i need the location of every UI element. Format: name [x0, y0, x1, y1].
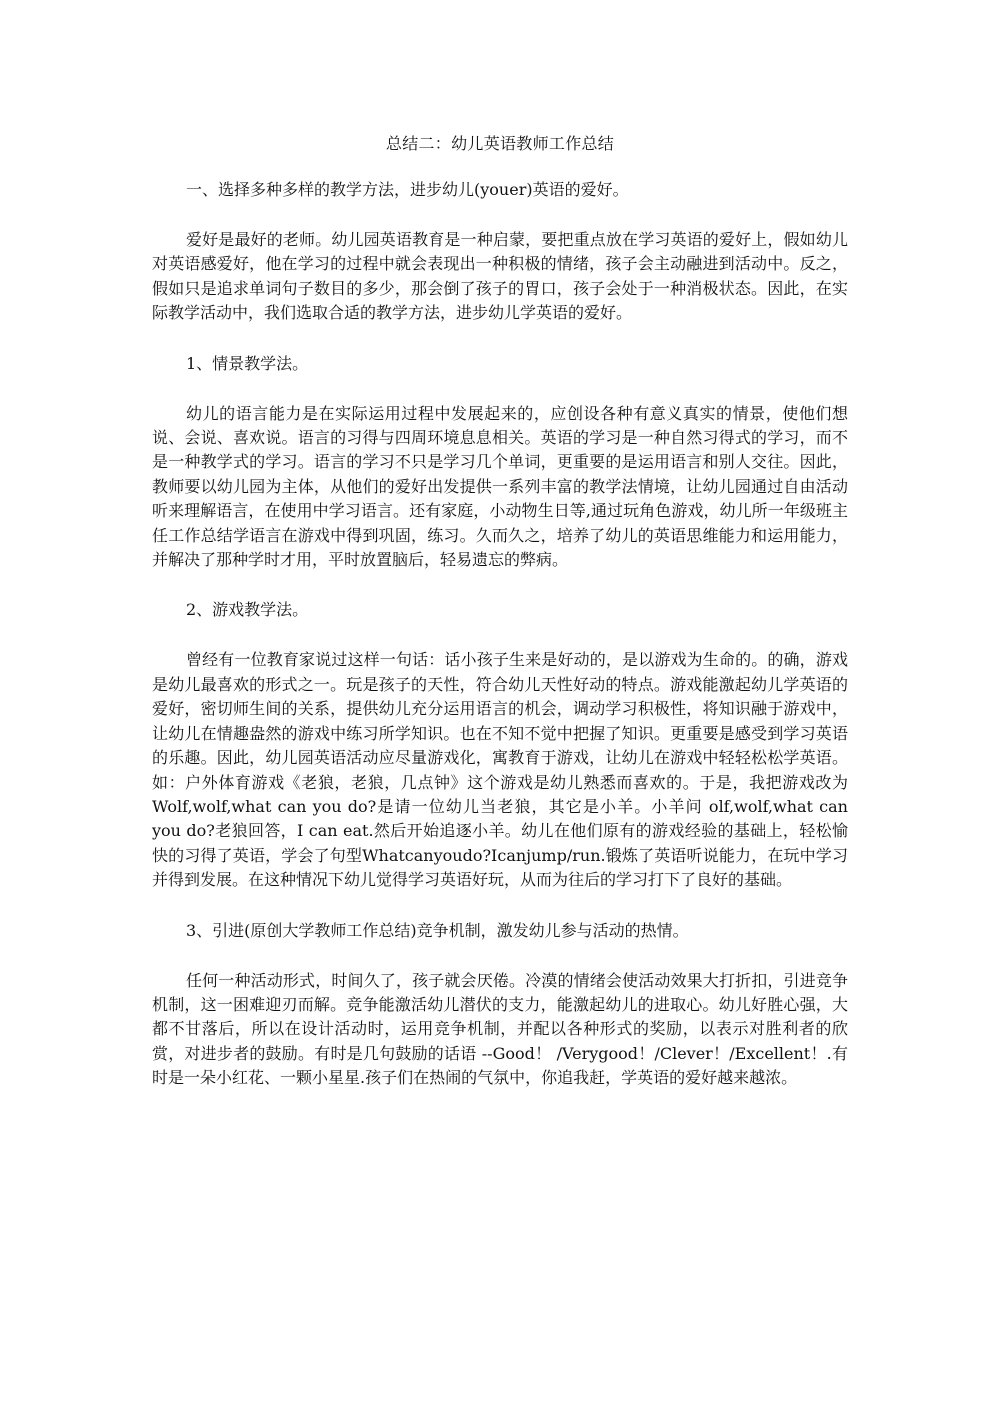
paragraph-competition: 任何一种活动形式，时间久了，孩子就会厌倦。冷漠的情绪会使活动效果大打折扣，引进竞… [152, 969, 848, 1091]
section-heading-situational: 1、情景教学法。 [152, 352, 848, 376]
document-page: 总结二：幼儿英语教师工作总结 一、选择多种多样的教学方法，进步幼儿(youer)… [152, 132, 848, 1117]
paragraph-game: 曾经有一位教育家说过这样一句话：话小孩子生来是好动的，是以游戏为生命的。的确，游… [152, 648, 848, 892]
document-title: 总结二：幼儿英语教师工作总结 [152, 132, 848, 156]
section-heading-game: 2、游戏教学法。 [152, 598, 848, 622]
section-heading-competition: 3、引进(原创大学教师工作总结)竞争机制，激发幼儿参与活动的热情。 [152, 919, 848, 943]
paragraph-interest: 爱好是最好的老师。幼儿园英语教育是一种启蒙，要把重点放在学习英语的爱好上，假如幼… [152, 228, 848, 326]
section-heading-1: 一、选择多种多样的教学方法，进步幼儿(youer)英语的爱好。 [152, 178, 848, 202]
paragraph-situational: 幼儿的语言能力是在实际运用过程中发展起来的，应创设各种有意义真实的情景，使他们想… [152, 402, 848, 573]
